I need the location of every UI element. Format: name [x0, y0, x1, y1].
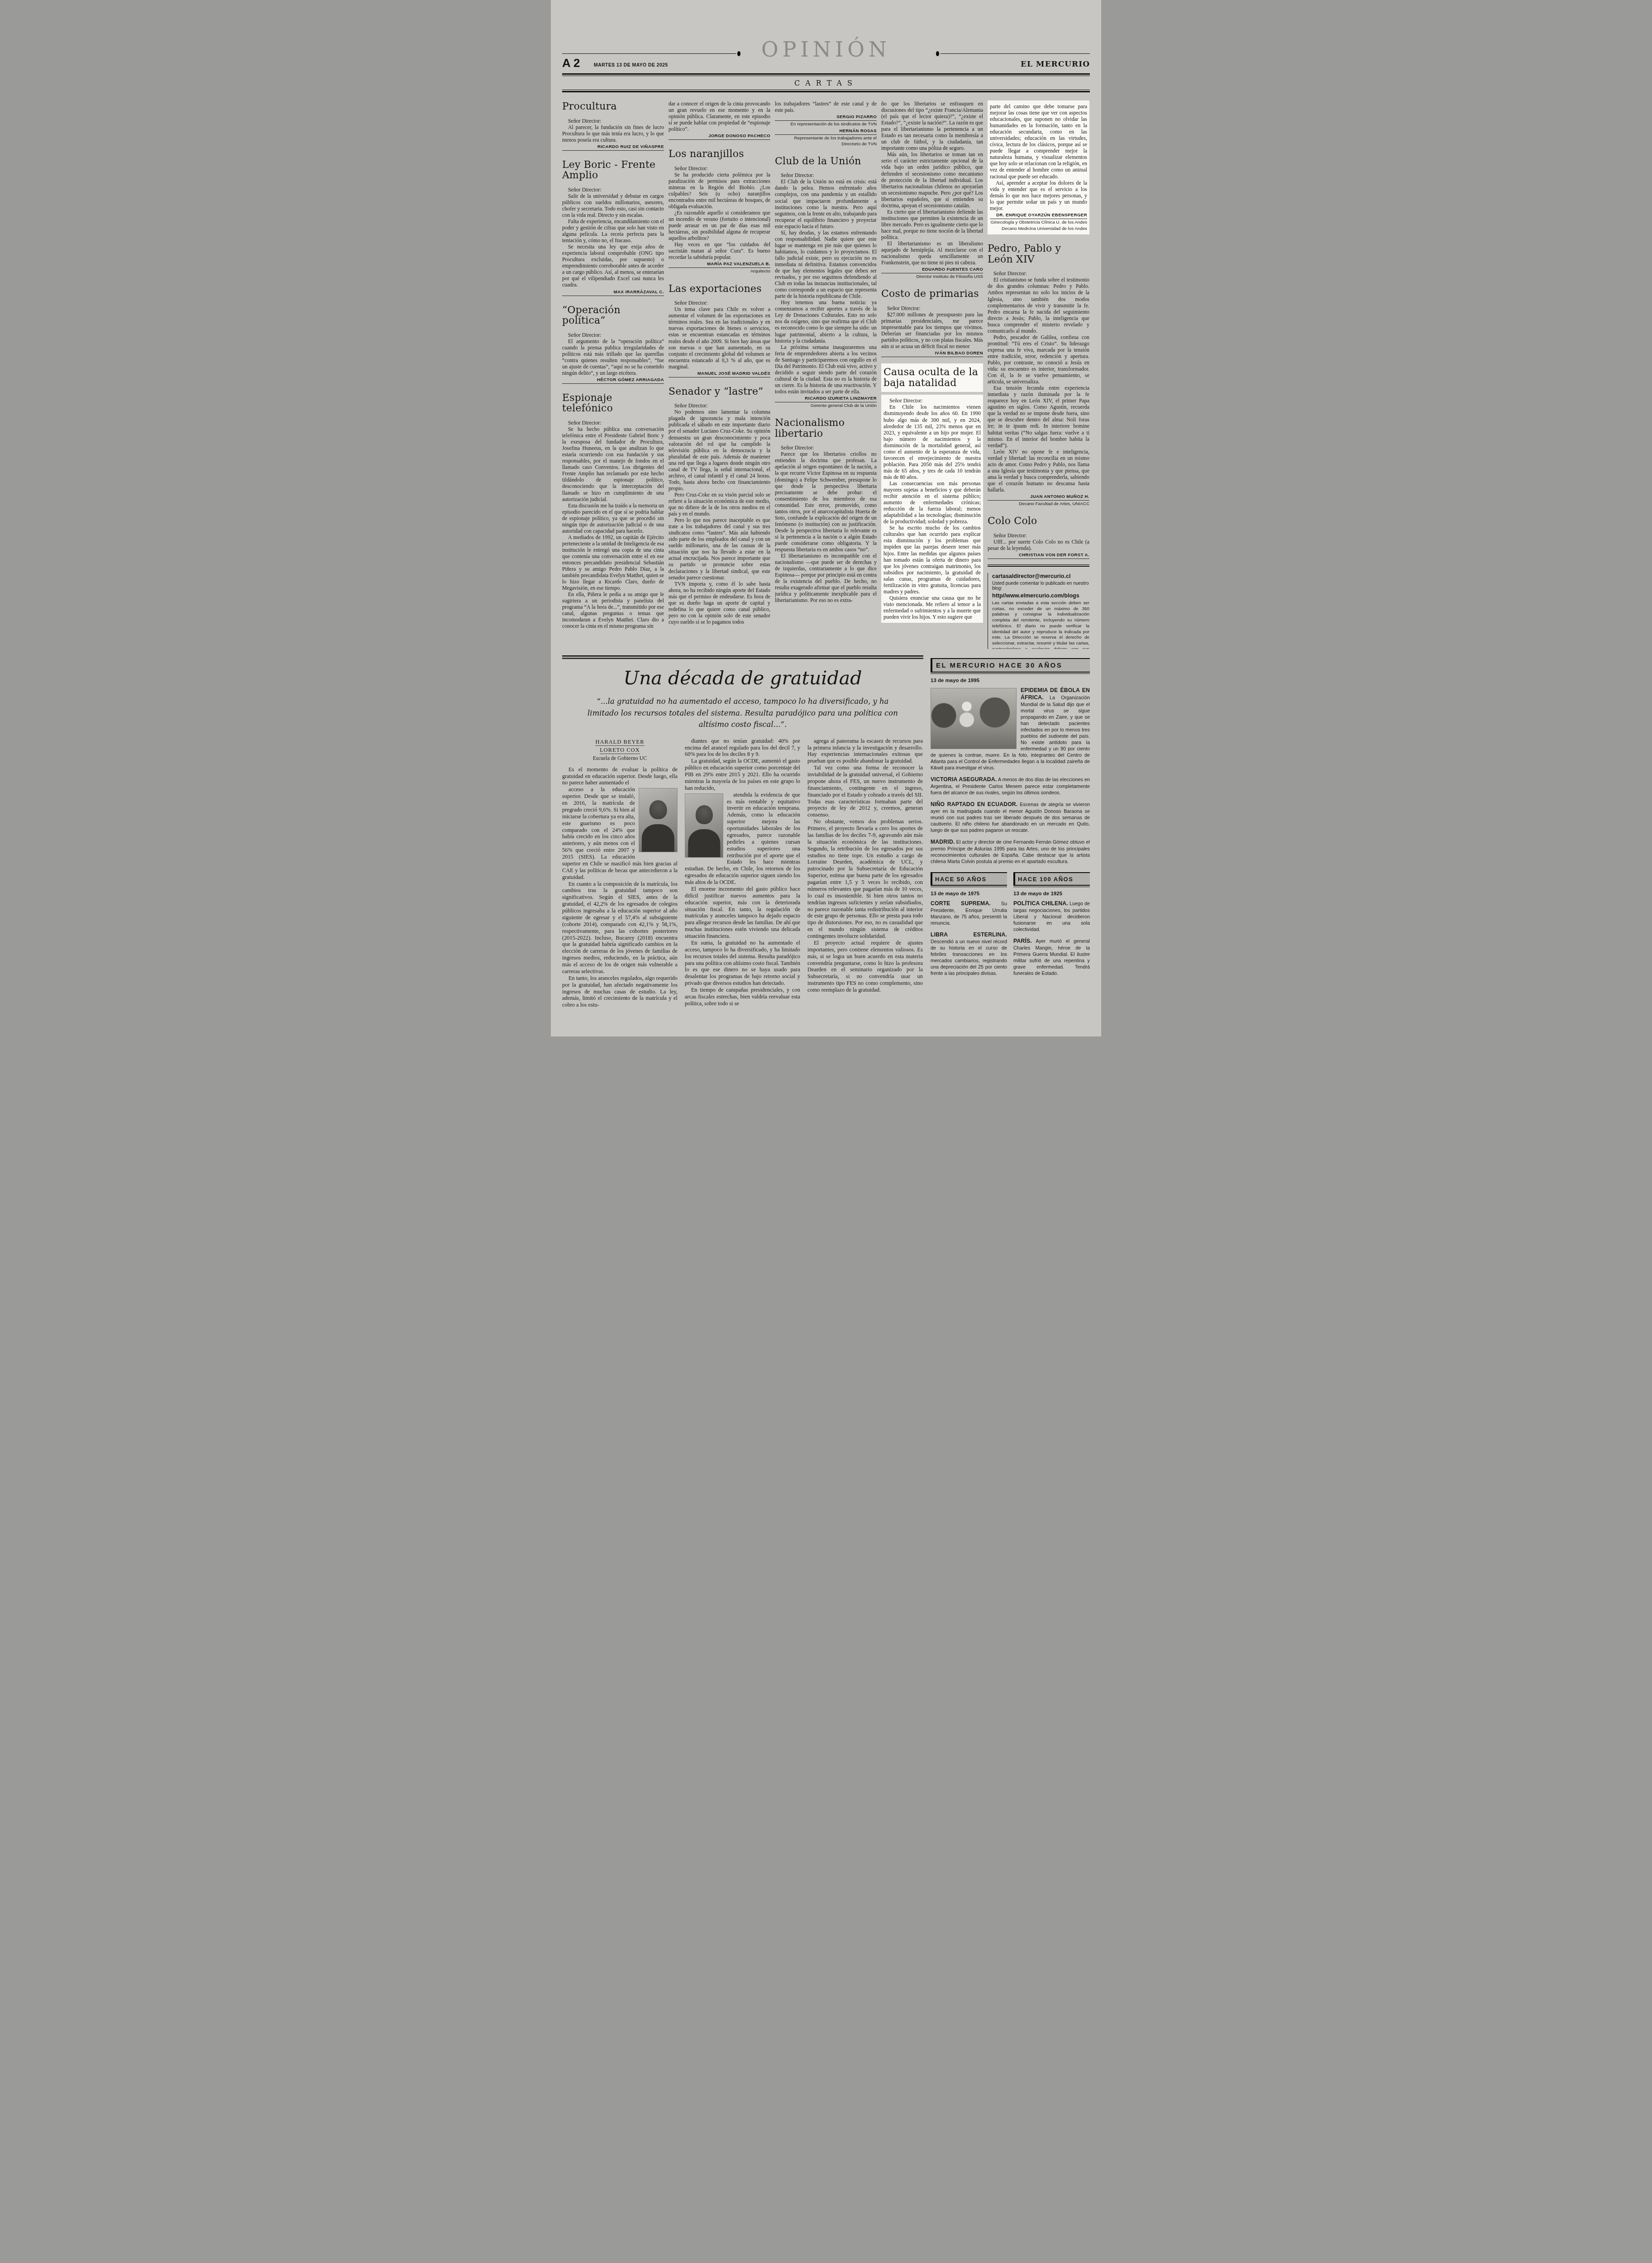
newspaper-page: OPINIÓN A 2 MARTES 13 DE MAYO DE 2025 EL… [551, 0, 1101, 1036]
letter-paragraph: Señor Director: [562, 118, 664, 124]
archive-item: VICTORIA ASEGURADA. A menos de dos días … [931, 776, 1090, 796]
letter-paragraph: Señor Director: [668, 300, 770, 306]
letter-paragraph: Señor Director: [775, 444, 877, 451]
oped-triple-rule [562, 655, 923, 659]
letter-paragraph: TVN importa y, como él lo sabe hasta aho… [668, 581, 770, 625]
letter-paragraph: Pero Cruz-Coke en su visón parcial solo … [668, 492, 770, 517]
signature-role: Decano Medicina Universidad de los Andes [990, 226, 1087, 232]
oped-column-2: diantes que no tenían gratuidad: 40% por… [685, 738, 800, 1009]
letter-headline: Nacionalismo libertario [775, 418, 877, 439]
loreto-cox-photo [685, 793, 723, 858]
hace-100-box: HACE 100 AÑOS 13 de mayo de 1925 POLÍTIC… [1013, 872, 1090, 982]
letter-signature: JORGE DONOSO PACHECO [668, 134, 770, 140]
letter-paragraph: Señor Director: [988, 532, 1089, 539]
hace-50-title: HACE 50 AÑOS [935, 876, 987, 883]
oped-pull-quote: “...la gratuidad no ha aumentado el acce… [580, 696, 905, 730]
section-masthead: OPINIÓN [551, 39, 1101, 60]
archive-item-headline: CORTE SUPREMA. [931, 900, 991, 907]
letter-paragraph: Señor Director: [988, 270, 1089, 277]
letters-section: ProculturaSeñor Director:Al parecer, la … [562, 100, 1090, 649]
letters-column-4: ño que los libertarios se enfrasquen en … [881, 100, 983, 649]
letter-paragraph: Señor Director: [883, 397, 981, 404]
letter-paragraph: Pero lo que nos parece inaceptable es qu… [668, 517, 770, 580]
letter-continuation: diantes que no tenían gratuidad: 40% por… [685, 738, 800, 758]
letter-paragraph: Hay veces en que “los cuidados del sacri… [668, 241, 770, 260]
letter-signature: HÉCTOR GÓMEZ ARRIAGADA [562, 377, 664, 384]
letter-paragraph: En ella, Piñera le pedía a su amigo que … [562, 591, 664, 629]
letter-paragraph: Señor Director: [668, 402, 770, 409]
letter-signature: IVÁN BILBAO DOREN [881, 351, 983, 357]
cartas-title: CARTAS [562, 75, 1090, 87]
page-number: A 2 [562, 57, 580, 69]
archive-item-headline: LIBRA ESTERLINA. [931, 931, 1007, 938]
letter-paragraph: $27.000 millones de presupuesto para las… [881, 311, 983, 349]
archive-item: CORTE SUPREMA. Su Presidente, Enrique Ur… [931, 900, 1007, 926]
archive-item-text: El actor y director de cine Fernando Fer… [931, 840, 1090, 864]
letter-paragraph: Salir de la universidad y debutar en car… [562, 193, 664, 218]
letter-paragraph: Parece que los libertarios criollos no e… [775, 451, 877, 553]
archive-item: NIÑO RAPTADO EN ECUADOR. Escenas de aleg… [931, 801, 1090, 834]
hace-50-box: HACE 50 AÑOS 13 de mayo de 1975 CORTE SU… [931, 872, 1007, 982]
hace-100-title: HACE 100 AÑOS [1018, 876, 1073, 883]
signature-role: En representación de los sindicatos de T… [775, 122, 877, 127]
letter-headline: Causa oculta de la baja natalidad [883, 367, 981, 388]
archive-item: LIBRA ESTERLINA. Descendió a un nuevo ni… [931, 931, 1007, 977]
archive-item-headline: VICTORIA ASEGURADA. [931, 776, 997, 783]
hace-30-titlebar: EL MERCURIO HACE 30 AÑOS [931, 658, 1090, 673]
letter-paragraph: León XIV no opone fe e inteligencia, ver… [988, 449, 1089, 493]
archive-item-headline: PARÍS. [1013, 938, 1032, 944]
archive-item-text: Ayer murió el general Charles Mangin, hé… [1013, 939, 1090, 976]
hace-30-box: EL MERCURIO HACE 30 AÑOS 13 de mayo de 1… [931, 658, 1090, 865]
letter-headline: “Operación política” [562, 305, 664, 326]
letter-continuation: agrega al panorama la escasez de recurso… [807, 738, 923, 765]
letter-paragraph: El Club de la Unión no está en crisis: e… [775, 178, 877, 229]
letter-paragraph: No obstante, vemos dos problemas serios.… [807, 818, 923, 940]
letter-paragraph: Se ha hecho pública una conversación tel… [562, 426, 664, 502]
contact-note: Usted puede comentar lo publicado en nue… [992, 581, 1089, 591]
letters-column-3: los trabajadores “lastres” de este canal… [775, 100, 877, 649]
harald-beyer-photo [639, 788, 678, 852]
letter-paragraph: Señor Director: [668, 165, 770, 172]
letter-paragraph: El cristianismo se funda sobre el testim… [988, 277, 1089, 334]
titlebar-tick [931, 658, 932, 673]
author-name: LORETO COX [562, 747, 678, 754]
letter-paragraph: Pedro, pescador de Galilea, confiesa con… [988, 334, 1089, 385]
letter-paragraph: Señor Director: [562, 186, 664, 193]
letter-headline: Club de la Unión [775, 156, 877, 167]
page-date: MARTES 13 DE MAYO DE 2025 [594, 62, 668, 68]
letter-paragraph: El libertarianismo es incompatible con e… [775, 553, 877, 603]
letter-headline: Colo Colo [988, 516, 1089, 527]
archive-item-text: Descendió a un nuevo nivel récord de su … [931, 939, 1007, 976]
letter-signature: EDUARDO FUENTES CARO [881, 267, 983, 273]
letter-signature: RICARDO IZURIETA LINZMAYER [775, 396, 877, 402]
letter-headline: Senador y “lastre” [668, 387, 770, 397]
letter-paragraph: Las consecuencias son más personas mayor… [883, 480, 981, 525]
oped-column-3: agrega al panorama la escasez de recurso… [807, 738, 923, 1009]
white-letter-box: parte del camino que debe tomarse para m… [988, 100, 1089, 234]
letter-paragraph: Quisiera enunciar una causa que no he vi… [883, 595, 981, 620]
archive-item-headline: POLÍTICA CHILENA. [1013, 900, 1068, 907]
contact-url: http//www.elmercurio.com/blogs [992, 592, 1089, 599]
letter-paragraph: Señor Director: [775, 172, 877, 178]
letter-paragraph: Esta discusión me ha traído a la memoria… [562, 502, 664, 534]
letter-paragraph: Tal vez como una forma de reconocer la i… [807, 764, 923, 818]
letter-paragraph: El proyecto actual requiere de ajustes i… [807, 940, 923, 993]
archive-item-headline: NIÑO RAPTADO EN ECUADOR. [931, 801, 1017, 807]
letter-paragraph: En tiempo de campañas presidenciales, y … [685, 987, 800, 1007]
signature-role: Decano Facultad de Artes, UNIACC [988, 501, 1089, 507]
archive-boxes: EL MERCURIO HACE 30 AÑOS 13 de mayo de 1… [931, 658, 1090, 982]
archive-item: PARÍS. Ayer murió el general Charles Man… [1013, 938, 1090, 977]
hace-30-title: EL MERCURIO HACE 30 AÑOS [936, 662, 1062, 669]
hace-50-titlebar: HACE 50 AÑOS [931, 872, 1007, 886]
double-rule [988, 564, 1089, 567]
letter-signature: JUAN ANTONIO MUÑOZ H. [988, 494, 1089, 501]
letter-headline: Ley Boric - Frente Amplio [562, 160, 664, 181]
letter-signature: HERNÁN ROSAS [775, 129, 877, 135]
signature-role: Arquitecto [668, 269, 770, 274]
letter-paragraph: El enorme incremento del gasto público h… [685, 886, 800, 940]
archive-item: POLÍTICA CHILENA. Luego de largas negoci… [1013, 900, 1090, 933]
letter-paragraph: El argumento de la “operación política” … [562, 338, 664, 376]
letter-signature: MARÍA PAZ VALENZUELA B. [668, 262, 770, 268]
hace-100-titlebar: HACE 100 AÑOS [1013, 872, 1090, 886]
letter-paragraph: Se necesita una ley que exija años de ex… [562, 243, 664, 288]
letter-paragraph: Al parecer, la fundación sin fines de lu… [562, 124, 664, 143]
letters-column-1: ProculturaSeñor Director:Al parecer, la … [562, 100, 664, 649]
hace-50-100-row: HACE 50 AÑOS 13 de mayo de 1975 CORTE SU… [931, 872, 1090, 982]
oped-body: HARALD BEYERLORETO COXEscuela de Gobiern… [562, 738, 923, 1009]
letter-paragraph: No podemos sino lamentar la columna plag… [668, 409, 770, 492]
signature-role: Gerente general Club de la Unión [775, 403, 877, 409]
letter-paragraph: En Chile los nacimientos vienen disminuy… [883, 404, 981, 480]
letter-paragraph: Más aún, los libertarios se toman tan en… [881, 151, 983, 208]
oped-article: Una década de gratuidad “...la gratuidad… [562, 655, 923, 1008]
letter-signature: SERGIO PIZARRO [775, 115, 877, 121]
signature-role: Ginecología y Obstetricia Clínica U. de … [990, 220, 1087, 225]
letter-headline: Los naranjillos [668, 149, 770, 160]
letter-paragraph: Señor Director: [562, 420, 664, 426]
letter-signature: DR. ENRIQUE OYARZÚN EBENSPERGER [990, 213, 1087, 219]
hace-30-date: 13 de mayo de 1995 [931, 678, 1090, 683]
archive-item-headline: MADRID. [931, 839, 955, 845]
letter-continuation: parte del camino que debe tomarse para m… [990, 103, 1087, 180]
letter-paragraph: Señor Director: [562, 332, 664, 338]
letter-headline: Procultura [562, 101, 664, 112]
hace-100-date: 13 de mayo de 1925 [1013, 891, 1090, 897]
letter-headline: Las exportaciones [668, 284, 770, 295]
signature-role: Representante de los trabajadores ante e… [775, 136, 877, 147]
letter-paragraph: Es cierto que el libertarianismo defiend… [881, 209, 983, 240]
letter-paragraph: Así, aprender a aceptar los dolores de l… [990, 180, 1087, 211]
letter-paragraph: ¿Es razonable aquello si consideramos qu… [668, 210, 770, 241]
letters-column-5: parte del camino que debe tomarse para m… [988, 100, 1089, 649]
letter-paragraph: En tanto, los aranceles regulados, algo … [562, 975, 678, 1008]
author-affiliation: Escuela de Gobierno UC [562, 755, 678, 762]
letter-paragraph: Hoy tenemos una buena noticia: ya comenz… [775, 299, 877, 344]
cartas-band: CARTAS [562, 73, 1090, 92]
hace-50-items: CORTE SUPREMA. Su Presidente, Enrique Ur… [931, 900, 1007, 977]
titlebar-tick [1013, 872, 1015, 886]
letter-paragraph: La gratuidad, según la OCDE, aumentó el … [685, 758, 800, 791]
letter-paragraph: Se ha escrito mucho de los cambios cultu… [883, 525, 981, 595]
oped-column-1: HARALD BEYERLORETO COXEscuela de Gobiern… [562, 738, 678, 1009]
paper-name: EL MERCURIO [1021, 60, 1090, 69]
letter-paragraph: El libertarianismo es un liberalismo aqu… [881, 240, 983, 266]
letter-paragraph: Esa tensión fecunda entre experiencia in… [988, 385, 1089, 448]
hace-50-date: 13 de mayo de 1975 [931, 891, 1007, 897]
letters-contact-box: cartasaldirector@mercurio.clUsted puede … [988, 573, 1089, 649]
contact-fineprint: Las cartas enviadas a esta sección deben… [992, 601, 1089, 649]
ebola-news-photo [931, 688, 1017, 749]
letter-headline: Espionaje telefónico [562, 393, 664, 414]
letter-paragraph: A mediados de 1992, un capitán de Ejérci… [562, 534, 664, 591]
archive-item: MADRID. El actor y director de cine Fern… [931, 839, 1090, 865]
letter-signature: RICARDO RUIZ DE VIÑASPRE [562, 144, 664, 151]
titlebar-tick [931, 872, 932, 886]
hace-100-items: POLÍTICA CHILENA. Luego de largas negoci… [1013, 900, 1090, 977]
contact-email: cartasaldirector@mercurio.cl [992, 573, 1089, 579]
letter-signature: MAX IRARRÁZAVAL C. [562, 290, 664, 296]
letter-signature: MANUEL JOSÉ MADRID VALDÉS [668, 371, 770, 377]
white-letter-box: Causa oculta de la baja natalidad [881, 363, 983, 392]
letter-paragraph: Señor Director: [881, 305, 983, 311]
letter-paragraph: Falta de experiencia, encandilamiento co… [562, 218, 664, 243]
author-name: HARALD BEYER [562, 739, 678, 745]
letter-signature: CHRISTIAN VON DER FORST A. [988, 553, 1089, 559]
letter-paragraph: Ufff... por suerte Colo Colo no es Chile… [988, 539, 1089, 551]
letter-paragraph: La próxima semana inauguraremos una feri… [775, 344, 877, 395]
letter-paragraph: Sí, hay deudas, y las estamos enfrentand… [775, 229, 877, 300]
letter-headline: Costo de primarias [881, 289, 983, 300]
letter-continuation: los trabajadores “lastres” de este canal… [775, 100, 877, 113]
letter-paragraph: En suma, la gratuidad no ha aumentado el… [685, 940, 800, 987]
oped-headline: Una década de gratuidad [562, 669, 923, 687]
signature-role: Director Instituto de Filosofía USS [881, 274, 983, 280]
letter-paragraph: Se ha producido cierta polémica por la p… [668, 172, 770, 210]
letter-continuation: dar a conocer el origen de la cinta prov… [668, 100, 770, 132]
letter-paragraph: Es el momento de evaluar la política de … [562, 766, 678, 787]
letter-paragraph: En cuanto a la composición de la matrícu… [562, 881, 678, 975]
letters-column-2: dar a conocer el origen de la cinta prov… [668, 100, 770, 649]
white-letter-box: Señor Director:En Chile los nacimientos … [881, 395, 983, 623]
letter-headline: Pedro, Pablo y León XIV [988, 243, 1089, 265]
letter-continuation: ño que los libertarios se enfrasquen en … [881, 100, 983, 151]
letter-paragraph: Un tema clave para Chile es volver a aum… [668, 306, 770, 369]
